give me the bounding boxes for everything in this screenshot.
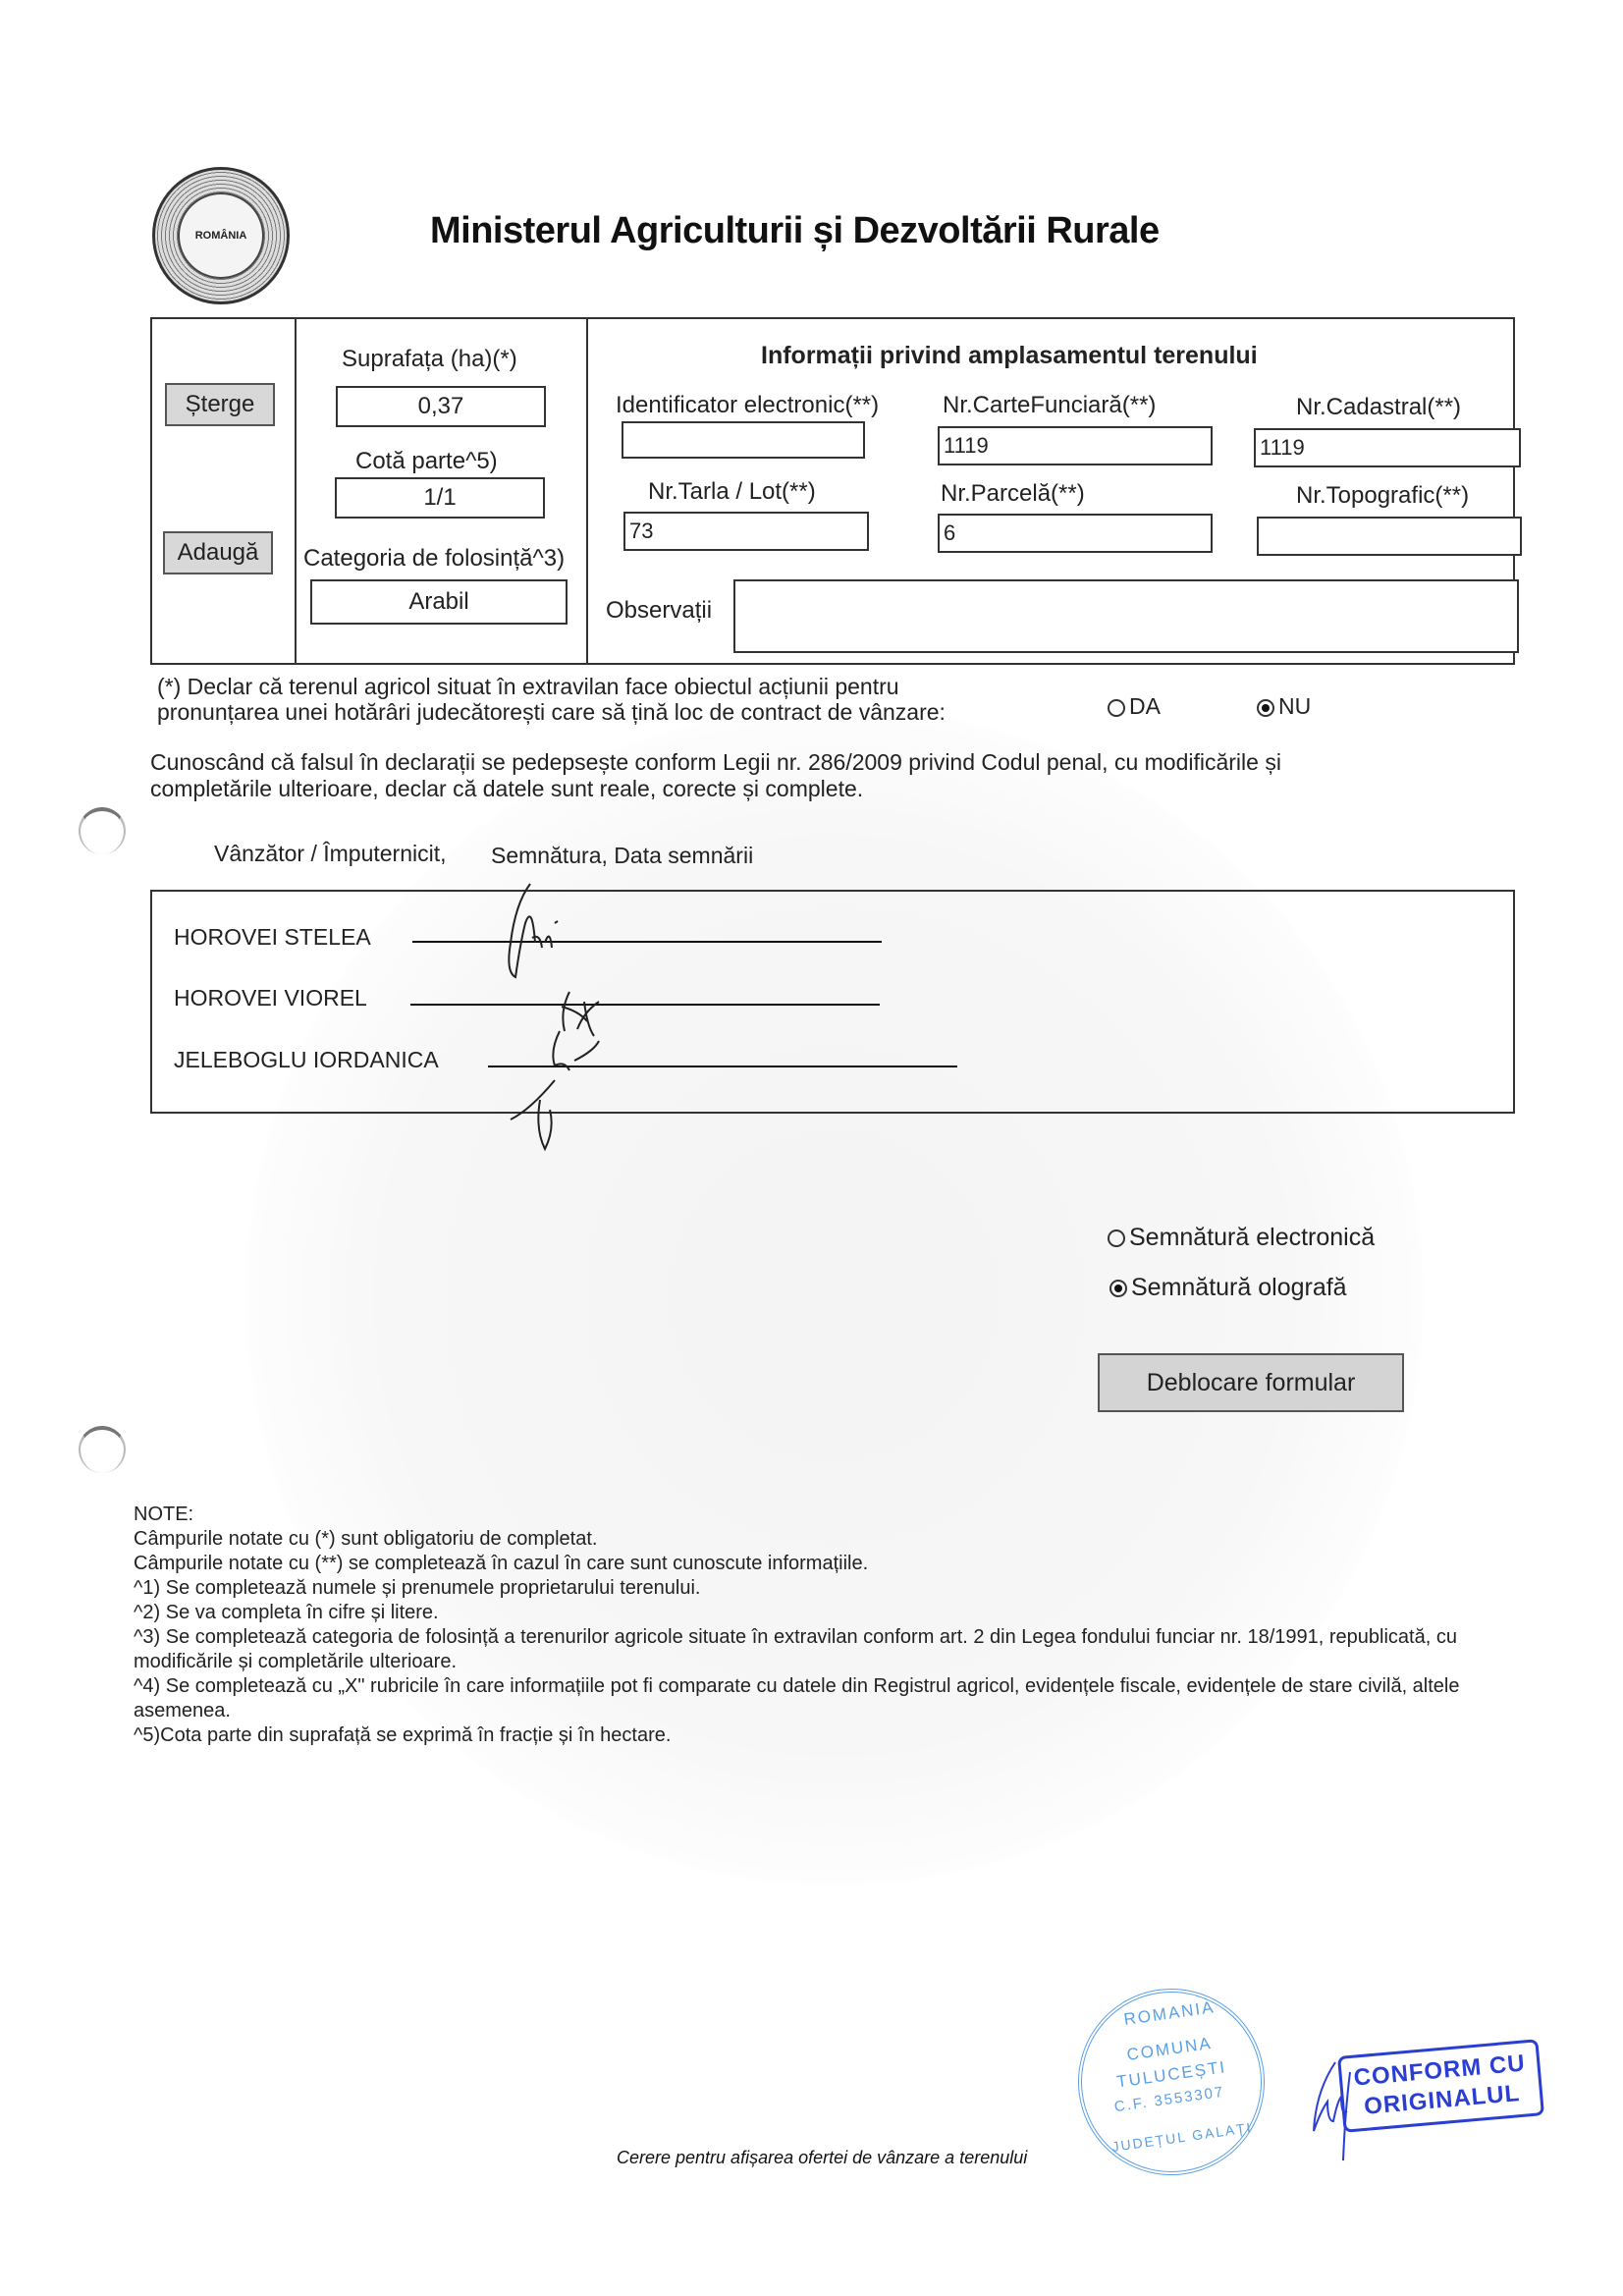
sterge-button[interactable]: Șterge [165,383,275,426]
seller-name: HOROVEI VIOREL [174,985,367,1011]
radio-olografa-label: Semnătură olografă [1131,1274,1347,1301]
radio-da-label: DA [1129,693,1161,719]
radio-da[interactable]: DA [1108,693,1161,719]
cota-parte-label: Cotă parte^5) [355,448,498,475]
radio-da-icon [1108,699,1125,717]
seller-name: JELEBOGLU IORDANICA [174,1047,439,1073]
page-title: Ministerul Agriculturii și Dezvoltării R… [430,210,1160,252]
seller-name: HOROVEI STELEA [174,924,371,951]
suprafata-field[interactable]: 0,37 [336,386,546,427]
radio-nu-label: NU [1278,693,1311,719]
radio-electronic-icon [1108,1230,1125,1247]
penal-statement-line-2: completările ulterioare, declar că datel… [150,776,863,801]
divider [295,319,297,663]
note-item: Câmpurile notate cu (*) sunt obligatoriu… [134,1527,1508,1552]
handwritten-signatures [471,864,668,1159]
parcela-label: Nr.Parcelă(**) [941,480,1085,508]
form-footer-title: Cerere pentru afișarea ofertei de vânzar… [617,2148,1027,2168]
radio-olografa-selected-icon [1109,1280,1127,1297]
penal-statement-line-1: Cunoscând că falsul în declarații se ped… [150,749,1281,775]
radio-nu[interactable]: NU [1257,693,1311,719]
observatii-field[interactable] [733,579,1519,653]
radio-semnatura-olografa[interactable]: Semnătură olografă [1109,1275,1347,1300]
logo-text: ROMÂNIA [178,192,264,279]
radio-nu-selected-icon [1257,699,1274,717]
categoria-field[interactable]: Arabil [310,579,568,625]
declaration-line-1: (*) Declar că terenul agricol situat în … [157,674,899,699]
topografic-field[interactable] [1257,517,1522,556]
commune-round-stamp: ROMANIA COMUNA TULUCEȘTI C.F. 3553307 JU… [1066,1977,1277,2188]
adauga-button[interactable]: Adaugă [163,531,273,574]
carte-funciara-label: Nr.CarteFunciară(**) [943,392,1156,419]
cadastral-field[interactable]: 1119 [1254,428,1521,467]
note-item: Câmpurile notate cu (**) se completează … [134,1552,1508,1576]
cota-parte-field[interactable]: 1/1 [335,477,545,519]
categoria-label: Categoria de folosință^3) [303,545,565,573]
identificator-electronic-label: Identificator electronic(**) [616,392,879,419]
seller-column-header: Vânzător / Împuternicit, [214,841,447,866]
note-item: ^1) Se completează numele și prenumele p… [134,1576,1508,1601]
punch-hole-mark [79,1426,126,1473]
location-section-title: Informații privind amplasamentul terenul… [761,342,1258,370]
stamp-bottom-text: JUDEȚUL GALAȚI [1110,2119,1253,2155]
observatii-label: Observații [606,597,712,625]
topografic-label: Nr.Topografic(**) [1296,482,1469,510]
notes-section: NOTE: Câmpurile notate cu (*) sunt oblig… [134,1503,1508,1748]
radio-semnatura-electronica[interactable]: Semnătură electronică [1108,1225,1375,1250]
note-item: ^5)Cota parte din suprafață se exprimă î… [134,1723,1508,1748]
tarla-lot-label: Nr.Tarla / Lot(**) [648,478,816,506]
deblocare-formular-button[interactable]: Deblocare formular [1098,1353,1404,1412]
declaration-line-2: pronunțarea unei hotărâri judecătorești … [157,699,946,725]
parcela-field[interactable]: 6 [938,514,1213,553]
note-item: ^4) Se completează cu „X" rubricile în c… [134,1674,1508,1723]
note-item: ^3) Se completează categoria de folosinț… [134,1625,1508,1674]
identificator-electronic-field[interactable] [622,421,865,459]
divider [586,319,588,663]
stamp-top-text: ROMANIA [1122,1997,1216,2030]
suprafata-label: Suprafața (ha)(*) [342,346,517,373]
punch-hole-mark [79,807,126,854]
note-item: ^2) Se va completa în cifre și litere. [134,1601,1508,1625]
romania-coat-of-arms-logo: ROMÂNIA [152,167,290,304]
certification-signature [1306,2052,1384,2170]
cadastral-label: Nr.Cadastral(**) [1296,394,1461,421]
radio-electronic-label: Semnătură electronică [1129,1224,1375,1251]
carte-funciara-field[interactable]: 1119 [938,426,1213,465]
tarla-lot-field[interactable]: 73 [623,512,869,551]
notes-title: NOTE: [134,1503,1508,1527]
